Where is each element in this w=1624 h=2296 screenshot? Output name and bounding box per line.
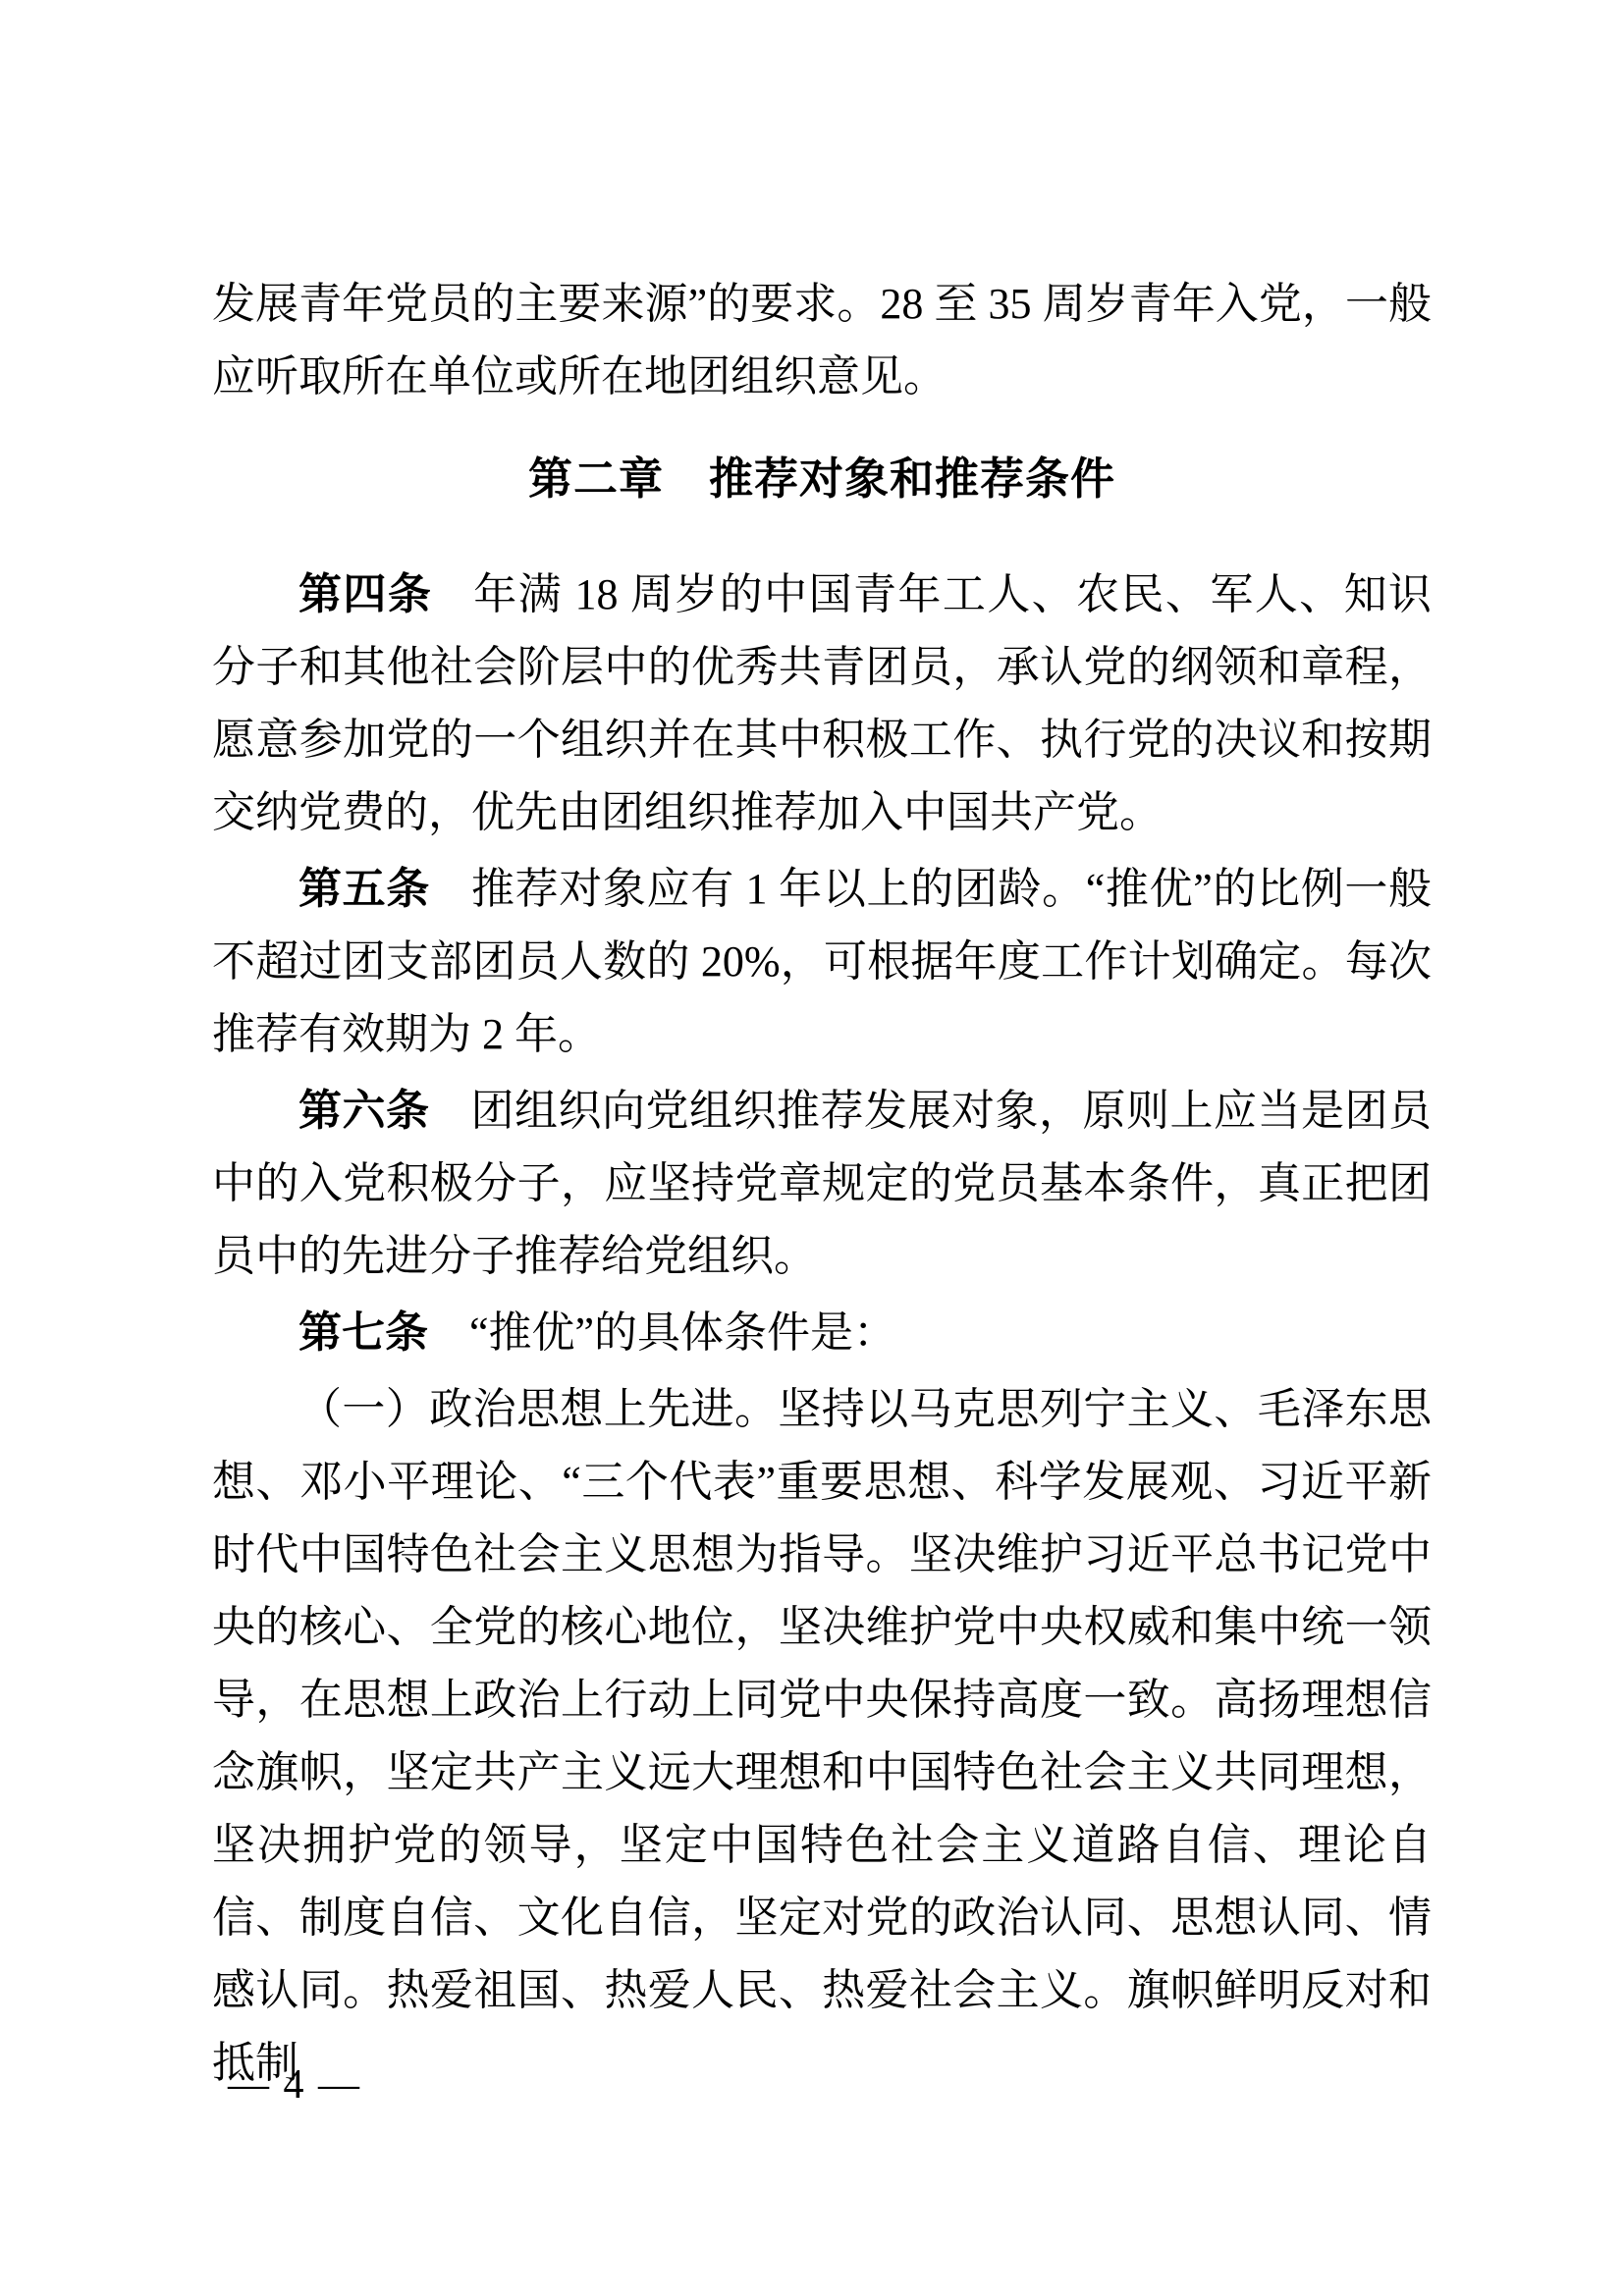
document-body: 发展青年党员的主要来源”的要求。28 至 35 周岁青年入党，一般应听取所在单位… bbox=[212, 268, 1432, 2104]
article-7-label: 第七条 bbox=[298, 1308, 428, 1357]
article-4-paragraph: 第四条年满 18 周岁的中国青年工人、农民、军人、知识分子和其他社会阶层中的优秀… bbox=[212, 559, 1432, 849]
article-6-paragraph: 第六条团组织向党组织推荐发展对象，原则上应当是团员中的入党积极分子，应坚持党章规… bbox=[212, 1075, 1432, 1293]
article-7-text: “推优”的具体条件是： bbox=[469, 1308, 896, 1357]
chapter-heading: 第二章 推荐对象和推荐条件 bbox=[212, 443, 1432, 515]
item-one-paragraph: （一）政治思想上先进。坚持以马克思列宁主义、毛泽东思想、邓小平理论、“三个代表”… bbox=[212, 1373, 1432, 2100]
article-7-paragraph: 第七条“推优”的具体条件是： bbox=[212, 1297, 1432, 1369]
document-page: 发展青年党员的主要来源”的要求。28 至 35 周岁青年入党，一般应听取所在单位… bbox=[0, 0, 1624, 2296]
article-5-label: 第五条 bbox=[298, 865, 430, 913]
article-5-paragraph: 第五条推荐对象应有 1 年以上的团龄。“推优”的比例一般不超过团支部团员人数的 … bbox=[212, 853, 1432, 1071]
article-4-label: 第四条 bbox=[298, 570, 432, 618]
article-6-label: 第六条 bbox=[298, 1087, 430, 1135]
page-footer: — 4 — bbox=[228, 2061, 361, 2109]
page-number: — 4 — bbox=[228, 2062, 361, 2108]
paragraph-continuation: 发展青年党员的主要来源”的要求。28 至 35 周岁青年入党，一般应听取所在单位… bbox=[212, 268, 1432, 413]
